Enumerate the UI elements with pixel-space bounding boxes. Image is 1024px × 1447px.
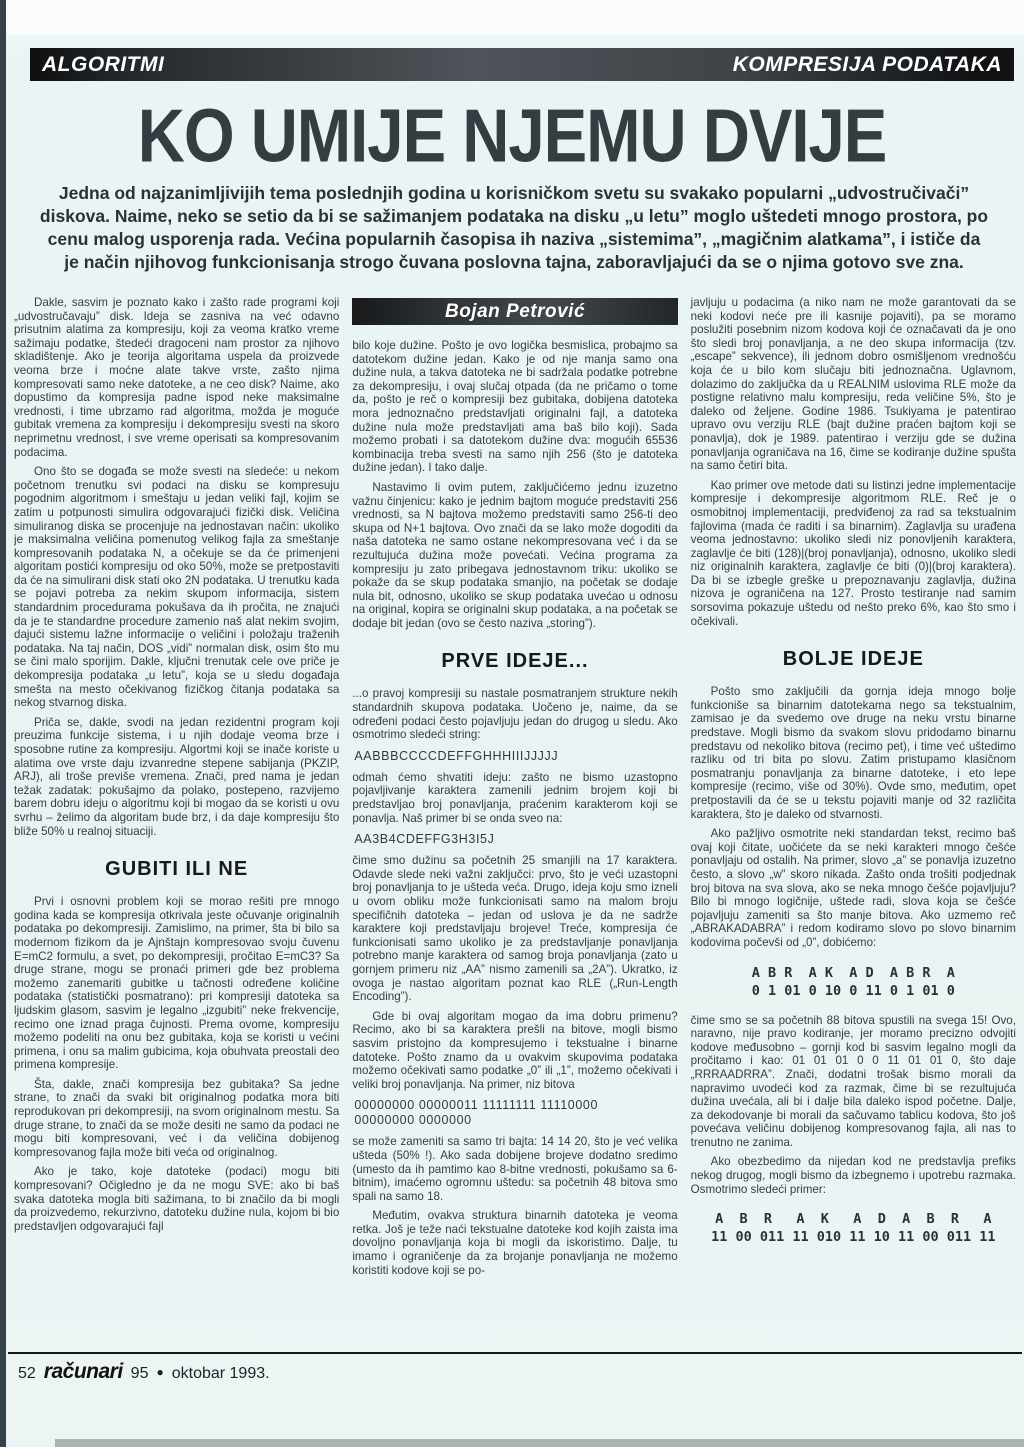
- code-example-abrakadabra: A B R A K A D A B R A 0 1 01 0 10 0 11 0…: [691, 964, 1016, 1000]
- scan-left-edge: [0, 0, 6, 1447]
- paragraph: javljuju u podacima (a niko nam ne može …: [691, 296, 1016, 473]
- scan-bottom-edge: [55, 1439, 1024, 1447]
- paragraph: Međutim, ovakva struktura binarnih datot…: [352, 1209, 677, 1277]
- paragraph: Prvi i osnovni problem koji se morao reš…: [14, 895, 339, 1072]
- paragraph: čime smo dužinu sa početnih 25 smanjili …: [352, 854, 677, 1004]
- paragraph: bilo koje dužine. Pošto je ovo logička b…: [352, 339, 677, 475]
- column-middle: Bojan Petrović bilo koje dužine. Pošto j…: [352, 296, 677, 1336]
- paragraph: Nastavimo li ovim putem, zaključićemo je…: [352, 481, 677, 631]
- scan-top-margin: [0, 0, 1024, 34]
- section-kicker-bar: ALGORITMI KOMPRESIJA PODATAKA: [30, 48, 1014, 81]
- paragraph: Gde bi ovaj algoritam mogao da ima dobru…: [352, 1010, 677, 1092]
- code-example-rle: AA3B4CDEFFG3H3I5J: [354, 832, 677, 847]
- paragraph: Priča se, dakle, svodi na jedan rezident…: [14, 716, 339, 838]
- code-example-bits: 00000000 00000011 11111111 11110000 0000…: [354, 1098, 677, 1128]
- paragraph: Ono što se događa se može svesti na sled…: [14, 465, 339, 710]
- section-heading-prve-ideje: PRVE IDEJE...: [352, 650, 677, 673]
- paragraph: Ako je tako, koje datoteke (podaci) mogu…: [14, 1165, 339, 1233]
- paragraph: odmah ćemo shvatiti ideju: zašto ne bism…: [352, 771, 677, 825]
- footer-date: oktobar 1993.: [172, 1365, 270, 1383]
- paragraph: čime smo se sa početnih 88 bitova spusti…: [691, 1014, 1016, 1150]
- footer-rule: [8, 1352, 1022, 1354]
- footer-issue: 95: [131, 1365, 149, 1383]
- article-title: KO UMIJE NJEMU DVIJE: [0, 92, 1024, 179]
- paragraph: Ako pažljivo osmotrite neki standardan t…: [691, 827, 1016, 949]
- kicker-right: KOMPRESIJA PODATAKA: [733, 53, 1002, 77]
- code-example-string: AABBBCCCCDEFFGHHHIIIJJJJJ: [354, 749, 677, 764]
- column-right: javljuju u podacima (a niko nam ne može …: [691, 296, 1016, 1336]
- column-left: Dakle, sasvim je poznato kako i zašto ra…: [14, 296, 339, 1336]
- lead-paragraph: Jedna od najzanimljivijih tema poslednji…: [38, 182, 990, 274]
- paragraph: Šta, dakle, znači kompresija bez gubitak…: [14, 1078, 339, 1160]
- bullet-separator-icon: ●: [156, 1365, 163, 1379]
- section-heading-gubiti-ili-ne: GUBITI ILI NE: [14, 858, 339, 881]
- article-body: Dakle, sasvim je poznato kako i zašto ra…: [14, 296, 1016, 1336]
- section-heading-bolje-ideje: BOLJE IDEJE: [691, 648, 1016, 671]
- code-example-abrakadabra-prefix: A B R A K A D A B R A 11 00 011 11 010 1…: [691, 1210, 1016, 1246]
- magazine-page: ALGORITMI KOMPRESIJA PODATAKA KO UMIJE N…: [0, 0, 1024, 1447]
- paragraph: se može zameniti sa samo tri bajta: 14 1…: [352, 1135, 677, 1203]
- paragraph: Kao primer ove metode dati su listinzi j…: [691, 479, 1016, 629]
- paragraph: ...o pravoj kompresiji su nastale posmat…: [352, 687, 677, 741]
- magazine-logo: računari: [44, 1360, 123, 1384]
- byline: Bojan Petrović: [352, 298, 677, 325]
- footer: 52 računari 95 ● oktobar 1993.: [18, 1360, 270, 1384]
- paragraph: Pošto smo zaključili da gornja ideja mno…: [691, 685, 1016, 821]
- footer-page-number: 52: [18, 1365, 36, 1383]
- paragraph: Ako obezbedimo da nijedan kod ne predsta…: [691, 1155, 1016, 1196]
- kicker-left: ALGORITMI: [42, 53, 164, 77]
- paragraph: Dakle, sasvim je poznato kako i zašto ra…: [14, 296, 339, 459]
